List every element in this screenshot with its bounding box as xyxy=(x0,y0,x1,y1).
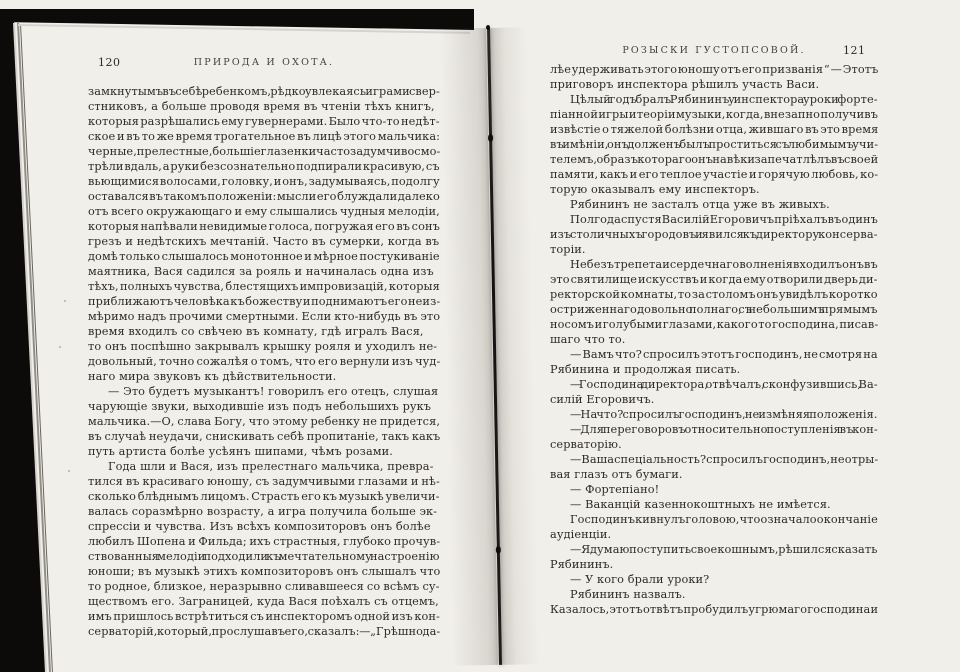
text-line: — Вамъ что? спросилъ этотъ господинъ, не… xyxy=(550,347,878,362)
text-line: Рябининъ. xyxy=(550,557,878,572)
text-line: Рябинина и продолжая писать. xyxy=(550,362,878,377)
text-line: Полгода спустя Василій Егоровичъ пріѣхал… xyxy=(550,212,878,227)
text-line: время входилъ со свѣчею въ комнату, гдѣ … xyxy=(88,324,440,339)
text-line: силій Егоровичъ. xyxy=(550,392,878,407)
text-line: мѣримо надъ прочими смертными. Если кто-… xyxy=(88,309,440,324)
text-line: лѣе удерживать этого юношу отъ его призв… xyxy=(550,62,878,77)
text-line: сколько блѣднымъ лицомъ. Страсть его къ … xyxy=(88,489,440,504)
text-line: тился въ красиваго юношу, съ задумчивыми… xyxy=(88,474,440,489)
text-line: юноши; въ музыкѣ этихъ композиторовъ онъ… xyxy=(88,564,440,579)
text-line: отъ всего окружающаго и ему слышались чу… xyxy=(88,204,440,219)
text-line: любилъ Шопена и Фильда; ихъ страстныя, г… xyxy=(88,534,440,549)
text-line: — На что? спросилъ господинъ, не измѣняя… xyxy=(550,407,878,422)
book-scan: 120 ПРИРОДА И ОХОТА. замкнутымъ въ себѣ … xyxy=(0,0,960,672)
text-line: черные, прелестные, большіе глазенки час… xyxy=(88,144,440,159)
text-line: ректорской комнаты, то за столомъ онъ ув… xyxy=(550,287,878,302)
text-line: домѣ только слышалось монотонное и мѣрно… xyxy=(88,249,440,264)
text-line: имъ пришлось встрѣтиться съ инспекторомъ… xyxy=(88,609,440,624)
stitch-knot xyxy=(486,25,490,30)
paper-speck xyxy=(64,300,66,302)
text-line: приговоръ инспектора рѣшилъ участь Васи. xyxy=(550,77,878,92)
text-line: памяти, какъ и его теплое участіе и горя… xyxy=(550,167,878,182)
text-line: остриженнаго, довольно полнаго, съ небол… xyxy=(550,302,878,317)
text-line: торую оказывалъ ему инспекторъ. xyxy=(550,182,878,197)
text-line: наго мира звуковъ къ дѣйствительности. xyxy=(88,369,440,384)
stitch-knot xyxy=(495,546,501,554)
text-line: въ случаѣ неудачи, снискивать себѣ пропи… xyxy=(88,429,440,444)
text-line: вьющимися волосами, головку, и онъ, заду… xyxy=(88,174,440,189)
text-line: Казалось, этотъ отвѣтъ пробудилъ угрюмаг… xyxy=(550,602,878,617)
text-line: носомъ и голубыми глазами, какого то гос… xyxy=(550,317,878,332)
running-title: РОЗЫСКИ ГУСТОПСОВОЙ. xyxy=(550,45,878,56)
right-page-text: лѣе удерживать этого юношу отъ его призв… xyxy=(550,62,878,617)
text-line: мальчика.—О, слава Богу, что этому ребен… xyxy=(88,414,440,429)
paper-speck xyxy=(68,470,70,472)
text-line: то онъ поспѣшно закрывалъ крышку рояля и… xyxy=(88,339,440,354)
text-line: — Ваканцій казеннокоштныхъ не имѣется. xyxy=(550,497,878,512)
text-line: — У кого брали уроки? xyxy=(550,572,878,587)
text-line: — Для переговоровъ относительно поступле… xyxy=(550,422,878,437)
text-line: — Господина директора, отвѣчалъ, сконфуз… xyxy=(550,377,878,392)
text-line: которыя разрѣшались ему гувернерами. Был… xyxy=(88,114,440,129)
text-line: маятника, Вася садился за рояль и начина… xyxy=(88,264,440,279)
text-line: — Ваша спеціальность? спросилъ господинъ… xyxy=(550,452,878,467)
text-line: торіи. xyxy=(550,242,878,257)
text-line: это святилище искусствъ и когда ему отво… xyxy=(550,272,878,287)
paper-speck xyxy=(59,346,61,348)
text-line: изъ столичныхъ городовъ и явился къ дире… xyxy=(550,227,878,242)
page-number: 121 xyxy=(843,44,866,57)
text-line: — Я думаю поступить своекошнымъ, рѣшился… xyxy=(550,542,878,557)
text-line: замкнутымъ въ себѣ ребенкомъ, рѣдко увле… xyxy=(88,84,440,99)
text-line: то родное, близкое, неразрывно сливавшее… xyxy=(88,579,440,594)
text-line: шаго что то. xyxy=(550,332,878,347)
stitch-knot xyxy=(487,134,493,142)
text-line: чарующіе звуки, выходившіе изъ подъ небо… xyxy=(88,399,440,414)
scanner-background-left xyxy=(0,20,62,672)
text-line: Года шли и Вася, изъ прелестнаго мальчик… xyxy=(88,459,440,474)
text-line: Господинъ кивнулъ головою, что означало … xyxy=(550,512,878,527)
text-line: серваторію. xyxy=(550,437,878,452)
text-line: серваторій, который, прослушавъ его, ска… xyxy=(88,624,440,639)
text-line: валась соразмѣрно возрасту, а игра получ… xyxy=(88,504,440,519)
text-line: аудіенціи. xyxy=(550,527,878,542)
text-line: довольный, точно сожалѣя о томъ, что его… xyxy=(88,354,440,369)
text-line: ское и въ то же время трогательное въ ли… xyxy=(88,129,440,144)
text-line: спрессіи и чувства. Изъ всѣхъ композитор… xyxy=(88,519,440,534)
text-line: которыя напѣвали невидимые голоса, погру… xyxy=(88,219,440,234)
text-line: вая глазъ отъ бумаги. xyxy=(550,467,878,482)
book-gutter xyxy=(487,28,499,665)
text-line: ствованныя мелодіи подходили къ мечтател… xyxy=(88,549,440,564)
text-line: — Это будетъ музыкантъ! говорилъ его оте… xyxy=(88,384,440,399)
text-line: піанной игры и теоріи музыки, когда, вне… xyxy=(550,107,878,122)
text-line: — Фортепіано! xyxy=(550,482,878,497)
text-line: телемъ, образъ котораго онъ навѣки запеч… xyxy=(550,152,878,167)
running-title: ПРИРОДА И ОХОТА. xyxy=(88,57,440,68)
text-line: извѣстіе о тяжелой болѣзни отца, жившаго… xyxy=(550,122,878,137)
text-line: ществомъ его. Заграницей, куда Вася поѣх… xyxy=(88,594,440,609)
left-page-text: замкнутымъ въ себѣ ребенкомъ, рѣдко увле… xyxy=(88,84,440,639)
text-line: оставался въ такомъ положеніи: мысли его… xyxy=(88,189,440,204)
text-line: Рябининъ не засталъ отца уже въ живыхъ. xyxy=(550,197,878,212)
text-line: трѣли вдаль, а руки безсознательно подпи… xyxy=(88,159,440,174)
text-line: въ имѣніи, онъ долженъ былъ проститься с… xyxy=(550,137,878,152)
text-line: Цѣлый годъ бралъ Рябининъ у инспектора у… xyxy=(550,92,878,107)
text-line: Рябининъ назвалъ. xyxy=(550,587,878,602)
text-line: путь артиста болѣе усѣянъ шипами, чѣмъ р… xyxy=(88,444,440,459)
text-line: Не безъ трепета и сердечнаго волненія вх… xyxy=(550,257,878,272)
text-line: тѣхъ, полныхъ чувства, блестящихъ импров… xyxy=(88,279,440,294)
text-line: грезъ и недѣтскихъ мечтаній. Часто въ су… xyxy=(88,234,440,249)
text-line: приближаютъ человѣка къ божеству и подни… xyxy=(88,294,440,309)
text-line: стниковъ, а больше проводя время въ чтен… xyxy=(88,99,440,114)
